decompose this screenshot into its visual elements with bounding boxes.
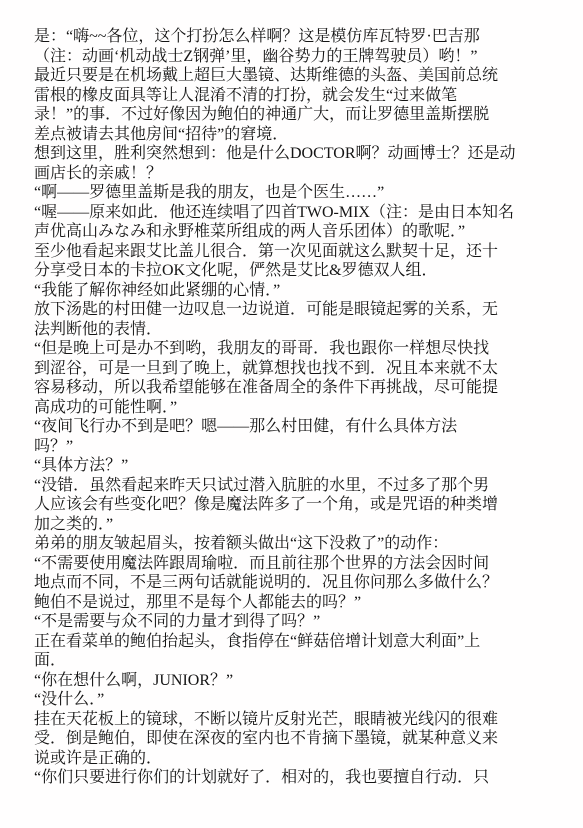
- text-line: 鲍伯不是说过，那里不是每个人都能去的吗？”: [34, 593, 555, 613]
- text-line: 高成功的可能性啊．”: [34, 398, 555, 418]
- text-line: “没什么．”: [34, 690, 555, 710]
- text-line: “我能了解你神经如此紧绷的心情．”: [34, 281, 555, 301]
- text-line: 挂在天花板上的镜球，不断以镜片反射光芒，眼睛被光线闪的很难: [34, 710, 555, 730]
- text-line: “你们只要进行你们的计划就好了．相对的，我也要擅自行动．只: [34, 768, 555, 788]
- text-line: “夜间飞行办不到是吧？嗯——那么村田健，有什么具体方法: [34, 417, 555, 437]
- text-line: 是：“嗨~~各位，这个打扮怎么样啊？这是模仿库瓦特罗·巴吉那: [34, 27, 555, 47]
- text-line: 地点而不同，不是三两句话就能说明的．况且你问那么多做什么？: [34, 573, 555, 593]
- text-line: 人应该会有些变化吧？像是魔法阵多了一个角，或是咒语的种类增: [34, 495, 555, 515]
- text-line: 吗？”: [34, 437, 555, 457]
- text-line: 容易移动，所以我希望能够在准备周全的条件下再挑战，尽可能提: [34, 378, 555, 398]
- text-line: 最近只要是在机场戴上超巨大墨镜、达斯维德的头盔、美国前总统: [34, 66, 555, 86]
- text-line: 面．: [34, 651, 555, 671]
- text-line: 正在看菜单的鲍伯抬起头，食指停在“鲜菇倍增计划意大利面”上: [34, 632, 555, 652]
- text-line: “不是需要与众不同的力量才到得了吗？”: [34, 612, 555, 632]
- text-line: “不需要使用魔法阵跟周瑜啦．而且前往那个世界的方法会因时间: [34, 554, 555, 574]
- novel-text-block: 是：“嗨~~各位，这个打扮怎么样啊？这是模仿库瓦特罗·巴吉那（注：动画‘机动战士…: [34, 27, 555, 788]
- text-line: 受．倒是鲍伯，即使在深夜的室内也不肯摘下墨镜，就某种意义来: [34, 729, 555, 749]
- text-line: 画店长的亲戚！？: [34, 164, 555, 184]
- text-line: 想到这里，胜利突然想到：他是什么DOCTOR啊？动画博士？还是动: [34, 144, 555, 164]
- text-line: “具体方法？”: [34, 456, 555, 476]
- text-line: “啊——罗德里盖斯是我的朋友，也是个医生……”: [34, 183, 555, 203]
- text-line: （注：动画‘机动战士Z钢弹’里，幽谷势力的王牌驾驶员）哟！”: [34, 47, 555, 67]
- text-line: 至少他看起来跟艾比盖儿很合．第一次见面就这么默契十足，还十: [34, 242, 555, 262]
- text-line: 声优高山みなみ和永野椎菜所组成的两人音乐团体）的歌呢．”: [34, 222, 555, 242]
- text-line: “你在想什么啊，JUNIOR？”: [34, 671, 555, 691]
- document-page: 是：“嗨~~各位，这个打扮怎么样啊？这是模仿库瓦特罗·巴吉那（注：动画‘机动战士…: [0, 0, 583, 828]
- text-line: 差点被请去其他房间“招待”的窘境．: [34, 125, 555, 145]
- text-line: “但是晚上可是办不到哟，我朋友的哥哥．我也跟你一样想尽快找: [34, 339, 555, 359]
- text-line: 法判断他的表情．: [34, 320, 555, 340]
- text-line: 加之类的．”: [34, 515, 555, 535]
- text-line: 放下汤匙的村田健一边叹息一边说道．可能是眼镜起雾的关系，无: [34, 300, 555, 320]
- text-line: 到涩谷，可是一旦到了晚上，就算想找也找不到．况且本来就不太: [34, 359, 555, 379]
- text-line: 弟弟的朋友皱起眉头，按着额头做出“这下没救了”的动作：: [34, 534, 555, 554]
- text-line: 雷根的橡皮面具等让人混淆不清的打扮，就会发生“过来做笔: [34, 86, 555, 106]
- text-line: 分享受日本的卡拉OK文化呢，俨然是艾比&罗德双人组．: [34, 261, 555, 281]
- text-line: 录！”的事．不过好像因为鲍伯的神通广大，而让罗德里盖斯摆脱: [34, 105, 555, 125]
- text-line: 说或许是正确的．: [34, 749, 555, 769]
- text-line: “喔——原来如此．他还连续唱了四首TWO-MIX（注：是由日本知名: [34, 203, 555, 223]
- text-line: “没错．虽然看起来昨天只试过潜入肮脏的水里，不过多了那个男: [34, 476, 555, 496]
